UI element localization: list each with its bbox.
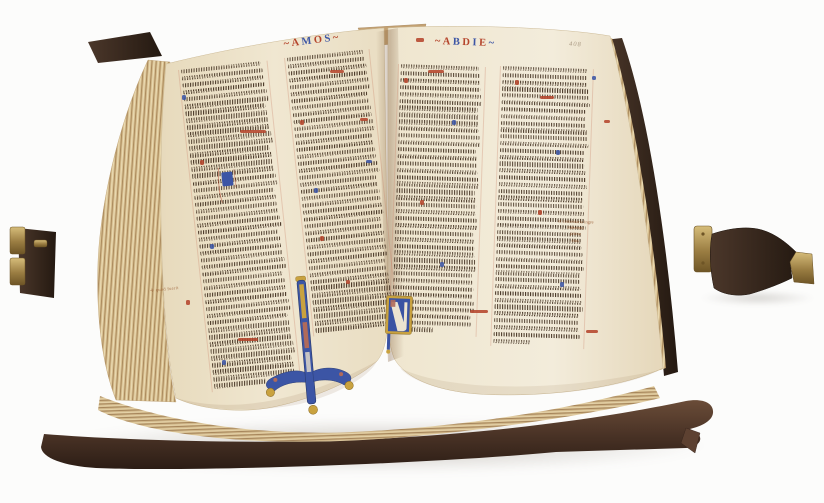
text-line <box>493 338 530 344</box>
text-line <box>399 126 479 133</box>
header-letter: B <box>453 37 463 48</box>
text-line <box>393 285 473 292</box>
text-line <box>397 175 478 182</box>
text-line <box>499 175 586 182</box>
text-line <box>500 134 587 141</box>
right-page-column-2 <box>490 66 594 349</box>
text-line <box>495 284 580 291</box>
leather-strap <box>710 228 800 295</box>
text-line <box>397 161 477 168</box>
text-line <box>502 100 590 107</box>
text-line <box>499 182 587 189</box>
text-line <box>503 73 588 80</box>
header-letter: A <box>443 36 453 47</box>
text-line <box>394 257 475 264</box>
rivet <box>701 261 704 264</box>
text-line <box>494 325 579 332</box>
text-line <box>500 148 584 155</box>
clasp-catch-upper <box>10 227 25 254</box>
text-line <box>400 99 482 106</box>
text-line <box>396 216 477 223</box>
text-line <box>399 112 478 119</box>
strap-clasp-tip <box>790 252 814 284</box>
text-line <box>500 155 585 162</box>
text-line <box>396 195 475 202</box>
text-line <box>496 250 582 257</box>
text-line <box>392 319 471 326</box>
text-line <box>395 230 473 237</box>
text-line <box>395 244 475 251</box>
text-line <box>502 80 587 87</box>
text-line <box>495 291 581 298</box>
text-line <box>397 188 475 195</box>
text-line <box>398 140 480 147</box>
text-line <box>394 264 476 271</box>
text-line <box>502 87 588 94</box>
text-line <box>392 313 470 320</box>
text-line <box>393 299 474 306</box>
text-line <box>496 264 584 271</box>
text-line <box>498 195 583 202</box>
top-cover-edge <box>88 32 162 63</box>
text-line <box>494 318 579 325</box>
text-line <box>392 326 433 332</box>
text-line <box>495 304 583 311</box>
text-line <box>397 168 477 175</box>
text-line <box>499 189 583 196</box>
header-letter: ~ <box>488 38 496 49</box>
text-line <box>495 277 580 284</box>
text-line <box>394 250 474 257</box>
text-line <box>501 107 585 114</box>
text-line <box>398 133 479 140</box>
text-line <box>498 209 584 216</box>
text-line <box>395 237 474 244</box>
text-line <box>501 114 586 121</box>
margin-note-right: et comentaria ingre trahemus prima eius <box>546 218 605 245</box>
clasp-pin <box>34 240 47 247</box>
header-letter: E <box>479 38 489 49</box>
manuscript-photo: ~AMOS~ ~ABDIE~ 408 ✛ quod fuerit et come… <box>0 0 824 503</box>
text-line <box>495 298 582 305</box>
text-line <box>500 141 588 148</box>
rivet <box>701 232 704 235</box>
text-line <box>494 311 578 318</box>
header-letter: ~ <box>332 32 341 44</box>
text-line <box>396 209 476 216</box>
text-line <box>399 106 477 113</box>
text-line <box>397 181 479 188</box>
text-line <box>396 202 476 209</box>
text-line <box>499 168 585 175</box>
text-line <box>501 121 586 128</box>
text-line <box>496 257 583 264</box>
text-line <box>500 161 585 168</box>
text-line <box>398 154 477 161</box>
text-line <box>399 119 479 126</box>
text-line <box>502 93 589 100</box>
folio-number: 408 <box>569 41 582 48</box>
text-line <box>393 278 472 285</box>
text-line <box>498 202 583 209</box>
right-page-column-1 <box>389 64 486 337</box>
text-line <box>392 306 474 313</box>
text-line <box>496 270 580 277</box>
header-letter: D <box>462 37 472 48</box>
text-line <box>394 271 472 278</box>
text-line <box>401 71 480 78</box>
text-line <box>494 332 580 339</box>
text-line <box>393 292 473 299</box>
text-line <box>398 147 476 154</box>
text-line <box>395 223 477 230</box>
text-line <box>497 243 582 250</box>
text-line <box>400 78 480 85</box>
text-line <box>400 85 480 92</box>
text-line <box>501 127 587 134</box>
running-header-abdie: ~ABDIE~ <box>435 36 497 49</box>
text-line <box>400 92 481 99</box>
clasp-catch-lower <box>10 258 25 285</box>
